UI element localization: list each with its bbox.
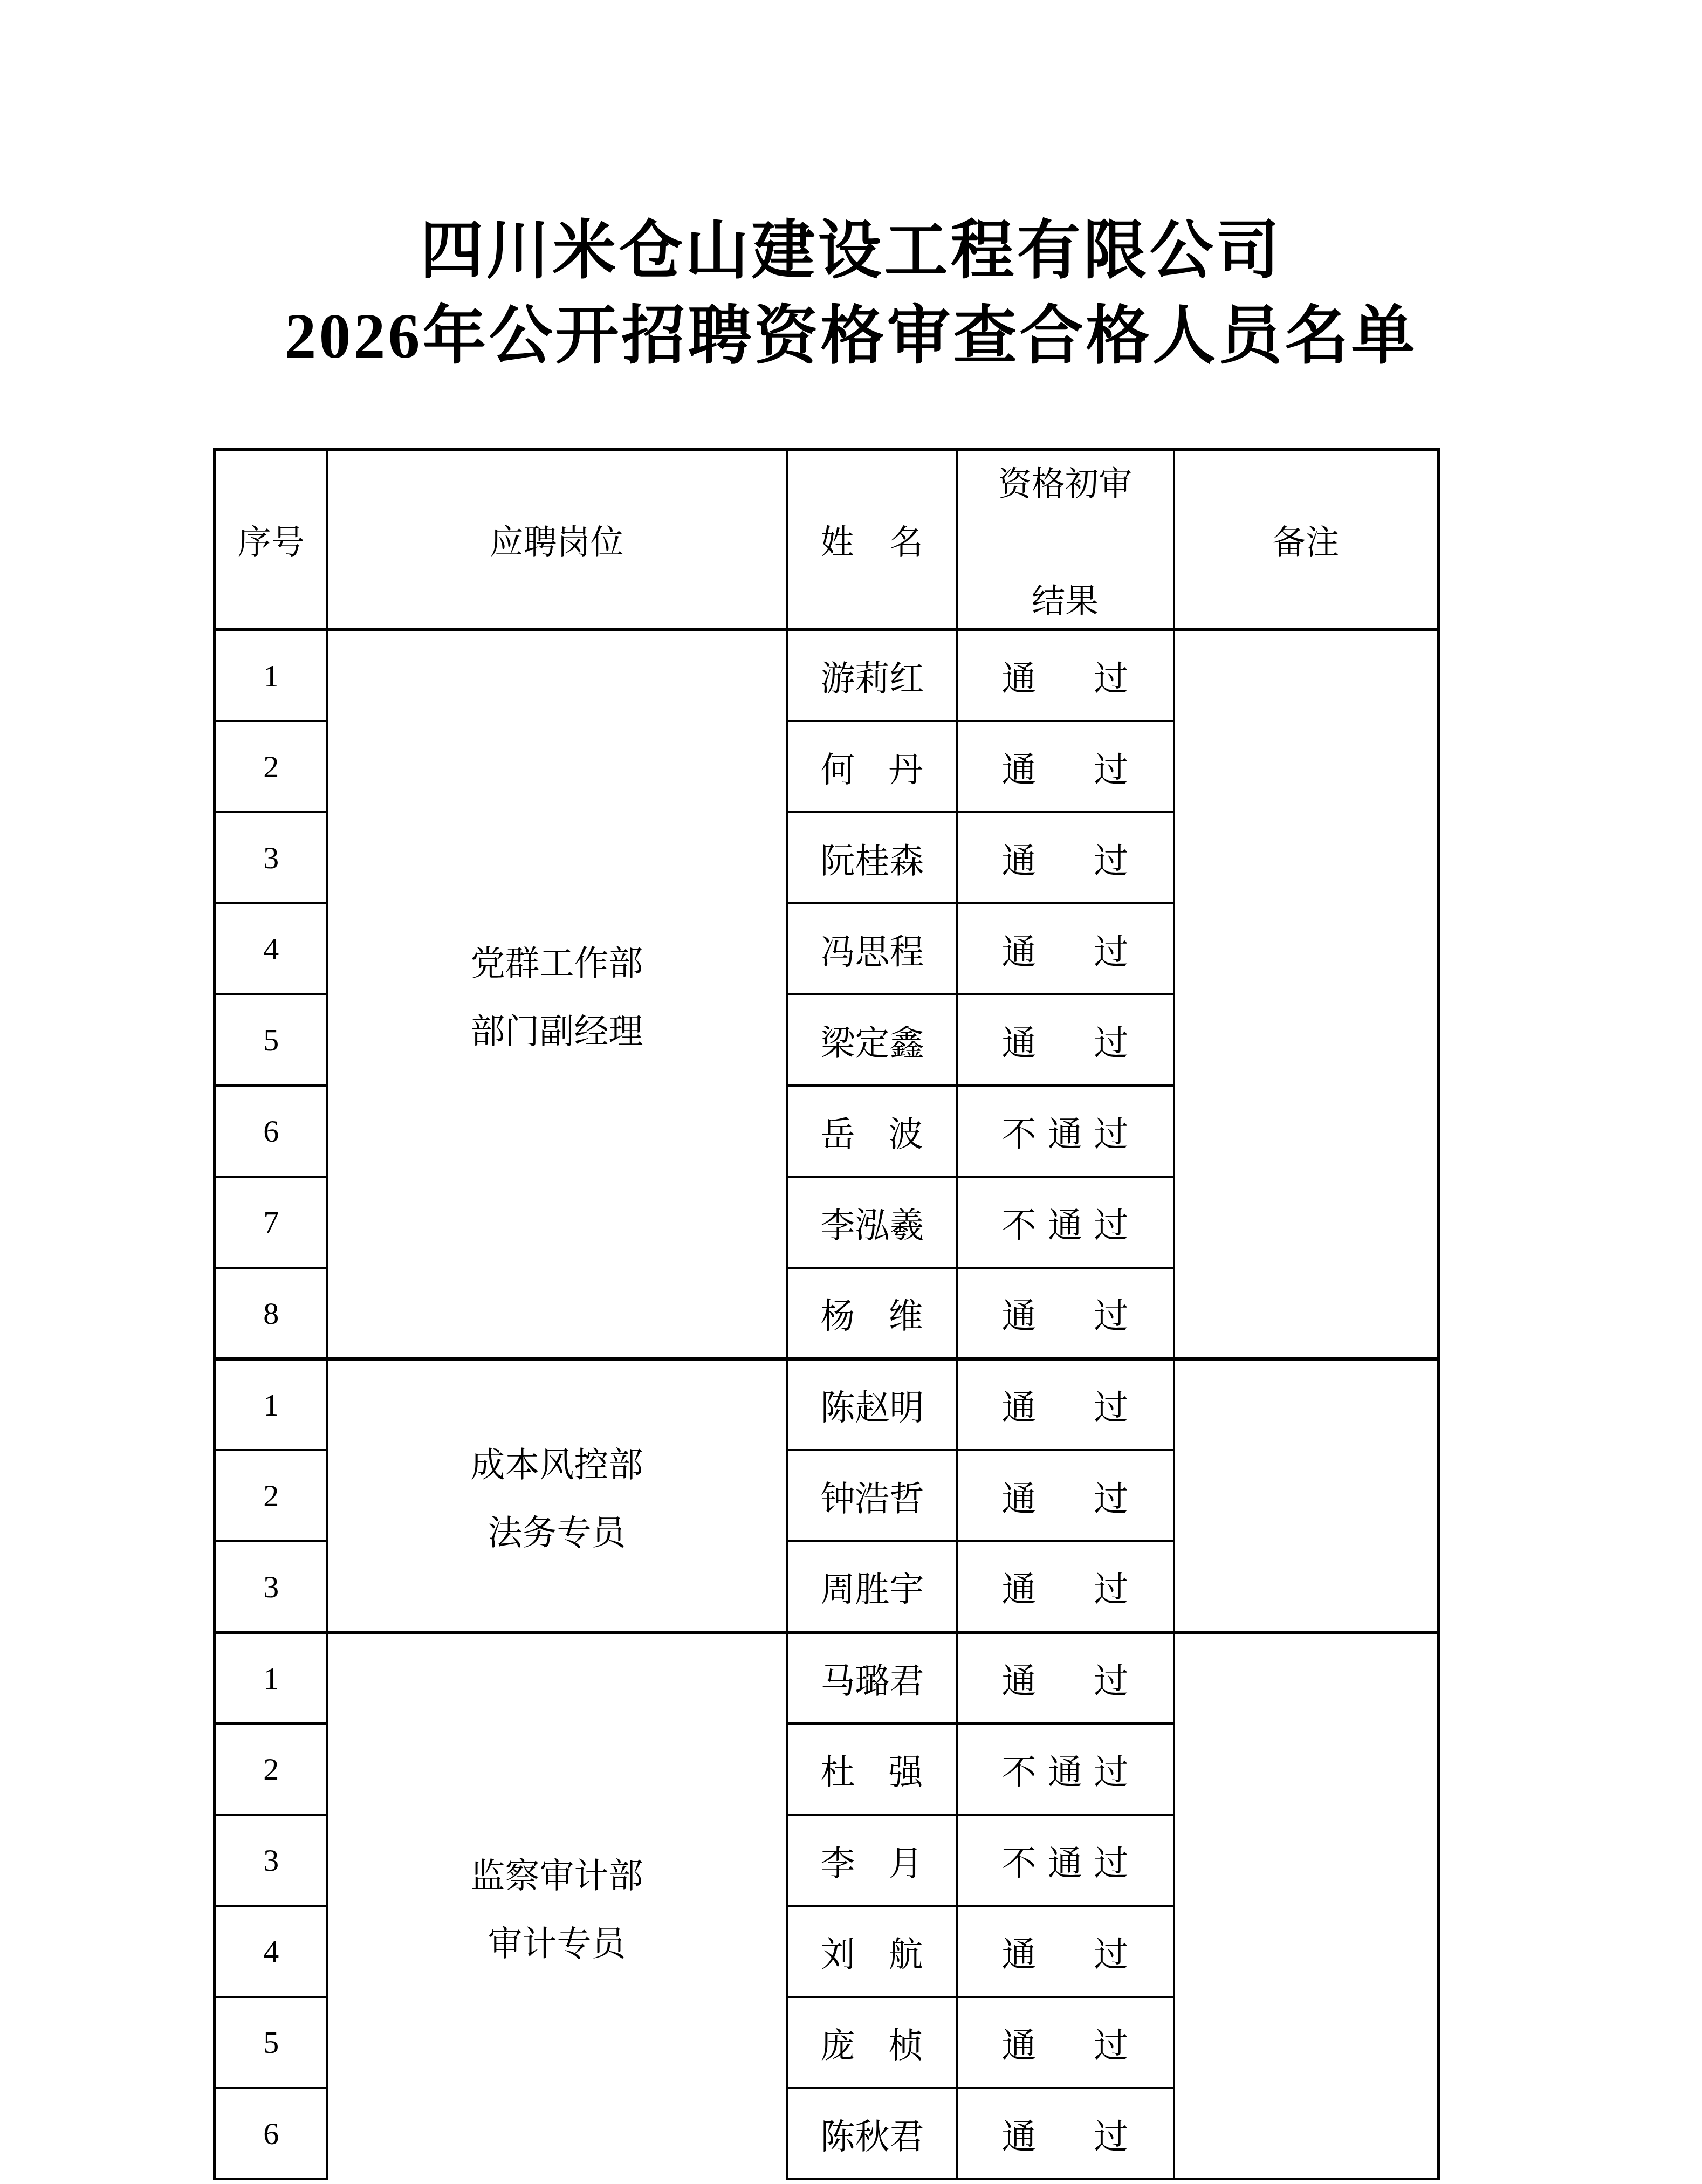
position-text: 监察审计部审计专员 <box>328 1848 786 1966</box>
name-cell: 何丹 <box>787 721 957 812</box>
char: 过 <box>1094 833 1129 883</box>
char: 通 <box>1002 2109 1037 2159</box>
char: 鑫 <box>890 1015 924 1065</box>
result-cell: 不通过 <box>957 1723 1173 1815</box>
char: 过 <box>1094 2018 1129 2068</box>
name-text: 杨维 <box>821 1288 923 1338</box>
char: 通 <box>1002 1653 1037 1703</box>
name-text: 阮桂森 <box>821 833 923 883</box>
char: 过 <box>1094 1471 1129 1521</box>
char: 月 <box>889 1836 923 1885</box>
char: 过 <box>1094 1927 1129 1976</box>
char: 胜 <box>855 1562 890 1611</box>
char: 浩 <box>855 1471 890 1521</box>
char: 过 <box>1094 1836 1129 1885</box>
name-cell: 刘航 <box>787 1906 957 1997</box>
position-text: 党群工作部部门副经理 <box>328 936 786 1053</box>
char: 过 <box>1094 742 1129 792</box>
char: 桂 <box>855 833 890 883</box>
name-text: 游莉红 <box>821 651 923 700</box>
name-cell: 马璐君 <box>787 1632 957 1723</box>
char: 通 <box>1002 651 1037 700</box>
row-index: 3 <box>215 1541 327 1632</box>
position-line: 法务专员 <box>488 1505 626 1555</box>
result-text: 通过 <box>1002 651 1129 700</box>
result-cell: 通过 <box>957 1906 1173 1997</box>
result-cell: 通过 <box>957 1450 1173 1541</box>
char: 刘 <box>821 1927 855 1976</box>
name-cell: 杨维 <box>787 1268 957 1359</box>
char: 不 <box>1002 1107 1037 1156</box>
position-cell: 成本风控部法务专员 <box>327 1359 787 1632</box>
result-text: 不通过 <box>1002 1836 1129 1885</box>
name-text: 杜强 <box>821 1745 923 1794</box>
result-cell: 通过 <box>957 1359 1173 1450</box>
char: 不 <box>1002 1836 1037 1885</box>
header-remark: 备注 <box>1173 449 1439 630</box>
char: 通 <box>1002 1471 1037 1521</box>
result-cell: 通过 <box>957 1268 1173 1359</box>
result-cell: 通过 <box>957 1541 1173 1632</box>
result-cell: 不通过 <box>957 1086 1173 1177</box>
name-text: 马璐君 <box>821 1653 923 1703</box>
header-result-wrap: 资格初审 结果 <box>958 457 1173 622</box>
result-text: 通过 <box>1002 1927 1129 1976</box>
result-text: 通过 <box>1002 1653 1129 1703</box>
header-result-line2: 结果 <box>1032 574 1099 622</box>
char: 名 <box>889 516 923 564</box>
name-text: 陈赵明 <box>821 1380 923 1430</box>
char: 通 <box>1002 1927 1037 1976</box>
char: 波 <box>889 1107 923 1156</box>
name-cell: 冯思程 <box>787 903 957 994</box>
char: 岳 <box>821 1107 855 1156</box>
char: 通 <box>1002 1380 1037 1430</box>
char: 通 <box>1048 1745 1082 1794</box>
row-index: 6 <box>215 1086 327 1177</box>
char: 森 <box>890 833 924 883</box>
char: 羲 <box>890 1198 924 1247</box>
char: 梁 <box>821 1015 855 1065</box>
result-text: 通过 <box>1002 1015 1129 1065</box>
char: 马 <box>821 1653 855 1703</box>
document-title-line2: 2026年公开招聘资格审查合格人员名单 <box>0 300 1702 373</box>
result-text: 通过 <box>1002 1288 1129 1338</box>
position-cell: 监察审计部审计专员 <box>327 1632 787 2179</box>
char: 璐 <box>855 1653 890 1703</box>
header-result: 资格初审 结果 <box>957 449 1173 630</box>
char: 过 <box>1094 1562 1129 1611</box>
header-index: 序号 <box>215 449 327 630</box>
result-text: 通过 <box>1002 924 1129 974</box>
name-cell: 陈秋君 <box>787 2088 957 2179</box>
char: 通 <box>1002 2018 1037 2068</box>
row-index: 3 <box>215 812 327 903</box>
name-cell: 周胜宇 <box>787 1541 957 1632</box>
char: 姓 <box>821 516 854 564</box>
char: 强 <box>889 1745 923 1794</box>
name-text: 周胜宇 <box>821 1562 923 1611</box>
row-index: 2 <box>215 721 327 812</box>
char: 李 <box>821 1836 855 1885</box>
position-text: 成本风控部法务专员 <box>328 1437 786 1555</box>
name-text: 李月 <box>821 1836 923 1885</box>
char: 过 <box>1094 1380 1129 1430</box>
table-row: 1监察审计部审计专员马璐君通过 <box>215 1632 1439 1723</box>
char: 通 <box>1002 1015 1037 1065</box>
row-index: 5 <box>215 994 327 1086</box>
char: 不 <box>1002 1198 1037 1247</box>
name-cell: 岳波 <box>787 1086 957 1177</box>
result-cell: 通过 <box>957 721 1173 812</box>
row-index: 1 <box>215 1359 327 1450</box>
result-cell: 不通过 <box>957 1177 1173 1268</box>
char: 李 <box>821 1198 855 1247</box>
result-text: 通过 <box>1002 1380 1129 1430</box>
result-cell: 通过 <box>957 1997 1173 2088</box>
char: 哲 <box>890 1471 924 1521</box>
name-text: 李泓羲 <box>821 1198 923 1247</box>
header-name-text: 姓名 <box>821 516 923 564</box>
row-index: 1 <box>215 630 327 721</box>
char: 红 <box>890 651 924 700</box>
char: 过 <box>1094 1198 1129 1247</box>
char: 桢 <box>889 2018 923 2068</box>
char: 冯 <box>821 924 855 974</box>
char: 过 <box>1094 924 1129 974</box>
char: 杜 <box>821 1745 855 1794</box>
result-cell: 通过 <box>957 2088 1173 2179</box>
char: 秋 <box>855 2109 890 2159</box>
row-index: 7 <box>215 1177 327 1268</box>
result-text: 通过 <box>1002 742 1129 792</box>
header-row: 序号 应聘岗位 姓名 资格初审 结果 备注 <box>215 449 1439 630</box>
row-index: 4 <box>215 1906 327 1997</box>
char: 周 <box>821 1562 855 1611</box>
row-index: 6 <box>215 2088 327 2179</box>
row-index: 8 <box>215 1268 327 1359</box>
char: 莉 <box>855 651 890 700</box>
char: 钟 <box>821 1471 855 1521</box>
char: 过 <box>1094 651 1129 700</box>
row-index: 2 <box>215 1450 327 1541</box>
name-cell: 游莉红 <box>787 630 957 721</box>
char: 通 <box>1048 1836 1082 1885</box>
result-text: 通过 <box>1002 2018 1129 2068</box>
row-index: 3 <box>215 1815 327 1906</box>
result-cell: 不通过 <box>957 1815 1173 1906</box>
char: 明 <box>890 1380 924 1430</box>
row-index: 1 <box>215 1632 327 1723</box>
char: 陈 <box>821 2109 855 2159</box>
remark-cell <box>1173 630 1439 1359</box>
name-cell: 梁定鑫 <box>787 994 957 1086</box>
char: 通 <box>1002 742 1037 792</box>
result-text: 不通过 <box>1002 1198 1129 1247</box>
result-cell: 通过 <box>957 903 1173 994</box>
name-cell: 阮桂森 <box>787 812 957 903</box>
result-text: 通过 <box>1002 2109 1129 2159</box>
name-text: 庞桢 <box>821 2018 923 2068</box>
name-text: 岳波 <box>821 1107 923 1156</box>
remark-cell <box>1173 1632 1439 2179</box>
result-text: 通过 <box>1002 833 1129 883</box>
char: 庞 <box>821 2018 855 2068</box>
result-cell: 通过 <box>957 630 1173 721</box>
name-text: 钟浩哲 <box>821 1471 923 1521</box>
name-cell: 李月 <box>787 1815 957 1906</box>
name-text: 梁定鑫 <box>821 1015 923 1065</box>
char: 通 <box>1002 1562 1037 1611</box>
position-line: 成本风控部 <box>471 1437 643 1487</box>
position-cell: 党群工作部部门副经理 <box>327 630 787 1359</box>
char: 通 <box>1002 1288 1037 1338</box>
name-text: 何丹 <box>821 742 923 792</box>
roster-table: 序号 应聘岗位 姓名 资格初审 结果 备注 1党群工作部部门副经理游莉红通过2何… <box>213 448 1440 2180</box>
char: 过 <box>1094 1653 1129 1703</box>
name-text: 陈秋君 <box>821 2109 923 2159</box>
position-line: 党群工作部 <box>471 936 643 985</box>
header-position: 应聘岗位 <box>327 449 787 630</box>
position-line: 审计专员 <box>488 1916 626 1966</box>
char: 过 <box>1094 2109 1129 2159</box>
table-row: 1党群工作部部门副经理游莉红通过 <box>215 630 1439 721</box>
char: 过 <box>1094 1015 1129 1065</box>
char: 君 <box>890 1653 924 1703</box>
char: 不 <box>1002 1745 1037 1794</box>
row-index: 5 <box>215 1997 327 2088</box>
name-cell: 钟浩哲 <box>787 1450 957 1541</box>
document-page: 四川米仓山建设工程有限公司 2026年公开招聘资格审查合格人员名单 序号 应聘岗… <box>0 0 1702 2184</box>
result-cell: 通过 <box>957 994 1173 1086</box>
char: 通 <box>1048 1107 1082 1156</box>
char: 程 <box>890 924 924 974</box>
char: 通 <box>1002 833 1037 883</box>
char: 宇 <box>890 1562 924 1611</box>
header-result-line1: 资格初审 <box>998 457 1132 505</box>
name-text: 刘航 <box>821 1927 923 1976</box>
char: 杨 <box>821 1288 855 1338</box>
name-cell: 杜强 <box>787 1723 957 1815</box>
char: 通 <box>1002 924 1037 974</box>
result-cell: 通过 <box>957 812 1173 903</box>
char: 游 <box>821 651 855 700</box>
char: 过 <box>1094 1107 1129 1156</box>
char: 定 <box>855 1015 890 1065</box>
result-text: 通过 <box>1002 1471 1129 1521</box>
char: 何 <box>821 742 855 792</box>
document-title-line1: 四川米仓山建设工程有限公司 <box>0 215 1702 288</box>
char: 通 <box>1048 1198 1082 1247</box>
row-index: 4 <box>215 903 327 994</box>
table-row: 1成本风控部法务专员陈赵明通过 <box>215 1359 1439 1450</box>
header-name: 姓名 <box>787 449 957 630</box>
char: 过 <box>1094 1288 1129 1338</box>
name-cell: 陈赵明 <box>787 1359 957 1450</box>
char: 泓 <box>855 1198 890 1247</box>
result-text: 通过 <box>1002 1562 1129 1611</box>
position-line: 部门副经理 <box>471 1004 643 1053</box>
char: 君 <box>890 2109 924 2159</box>
char: 阮 <box>821 833 855 883</box>
char: 过 <box>1094 1745 1129 1794</box>
char: 思 <box>855 924 890 974</box>
char: 航 <box>889 1927 923 1976</box>
position-line: 监察审计部 <box>471 1848 643 1898</box>
remark-cell <box>1173 1359 1439 1632</box>
result-text: 不通过 <box>1002 1745 1129 1794</box>
result-text: 不通过 <box>1002 1107 1129 1156</box>
result-cell: 通过 <box>957 1632 1173 1723</box>
char: 维 <box>889 1288 923 1338</box>
name-cell: 庞桢 <box>787 1997 957 2088</box>
char: 赵 <box>855 1380 890 1430</box>
row-index: 2 <box>215 1723 327 1815</box>
char: 陈 <box>821 1380 855 1430</box>
name-text: 冯思程 <box>821 924 923 974</box>
name-cell: 李泓羲 <box>787 1177 957 1268</box>
char: 丹 <box>889 742 923 792</box>
